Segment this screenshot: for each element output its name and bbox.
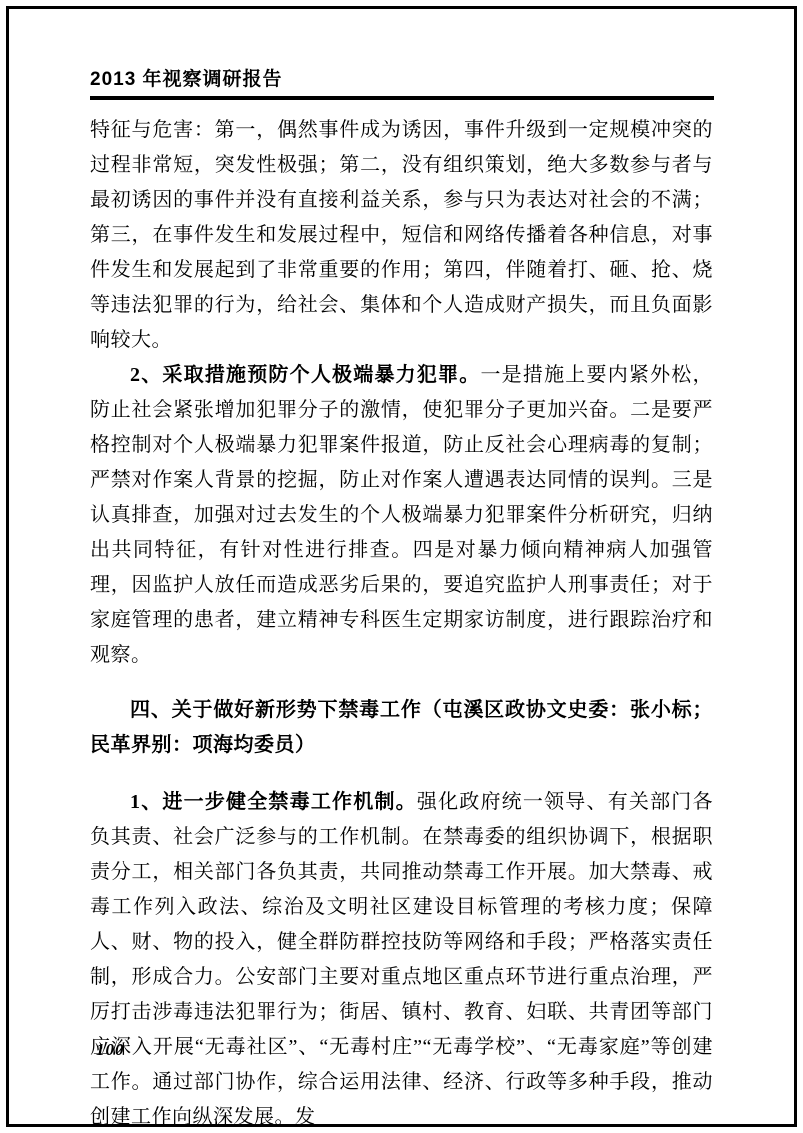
- running-header-rule: [90, 96, 714, 100]
- paragraph-lead-text: 四、关于做好新形势下禁毒工作（屯溪区政协文史委：张小标；民革界别：项海均委员）: [90, 699, 713, 756]
- section-heading: 四、关于做好新形势下禁毒工作（屯溪区政协文史委：张小标；民革界别：项海均委员）: [90, 693, 713, 763]
- body-paragraph: 1、进一步健全禁毒工作机制。强化政府统一领导、有关部门各负其责、社会广泛参与的工…: [90, 785, 713, 1133]
- body-paragraph: 2、采取措施预防个人极端暴力犯罪。一是措施上要内紧外松，防止社会紧张增加犯罪分子…: [90, 358, 713, 673]
- running-header-title: 2013 年视察调研报告: [90, 64, 283, 91]
- paragraph-text: 强化政府统一领导、有关部门各负其责、社会广泛参与的工作机制。在禁毒委的组织协调下…: [90, 791, 713, 1128]
- body-paragraph: 特征与危害：第一，偶然事件成为诱因，事件升级到一定规模冲突的过程非常短，突发性极…: [90, 113, 713, 358]
- document-body: 特征与危害：第一，偶然事件成为诱因，事件升级到一定规模冲突的过程非常短，突发性极…: [90, 113, 713, 1133]
- paragraph-lead-text: 1、进一步健全禁毒工作机制。: [130, 791, 417, 813]
- paragraph-lead-text: 2、采取措施预防个人极端暴力犯罪。: [130, 364, 480, 386]
- paragraph-text: 一是措施上要内紧外松，防止社会紧张增加犯罪分子的激情，使犯罪分子更加兴奋。二是要…: [90, 364, 713, 666]
- document-page: 2013 年视察调研报告 特征与危害：第一，偶然事件成为诱因，事件升级到一定规模…: [0, 0, 803, 1133]
- paragraph-text: 特征与危害：第一，偶然事件成为诱因，事件升级到一定规模冲突的过程非常短，突发性极…: [90, 119, 713, 351]
- page-number: 100: [96, 1040, 125, 1060]
- running-header: 2013 年视察调研报告: [90, 64, 714, 100]
